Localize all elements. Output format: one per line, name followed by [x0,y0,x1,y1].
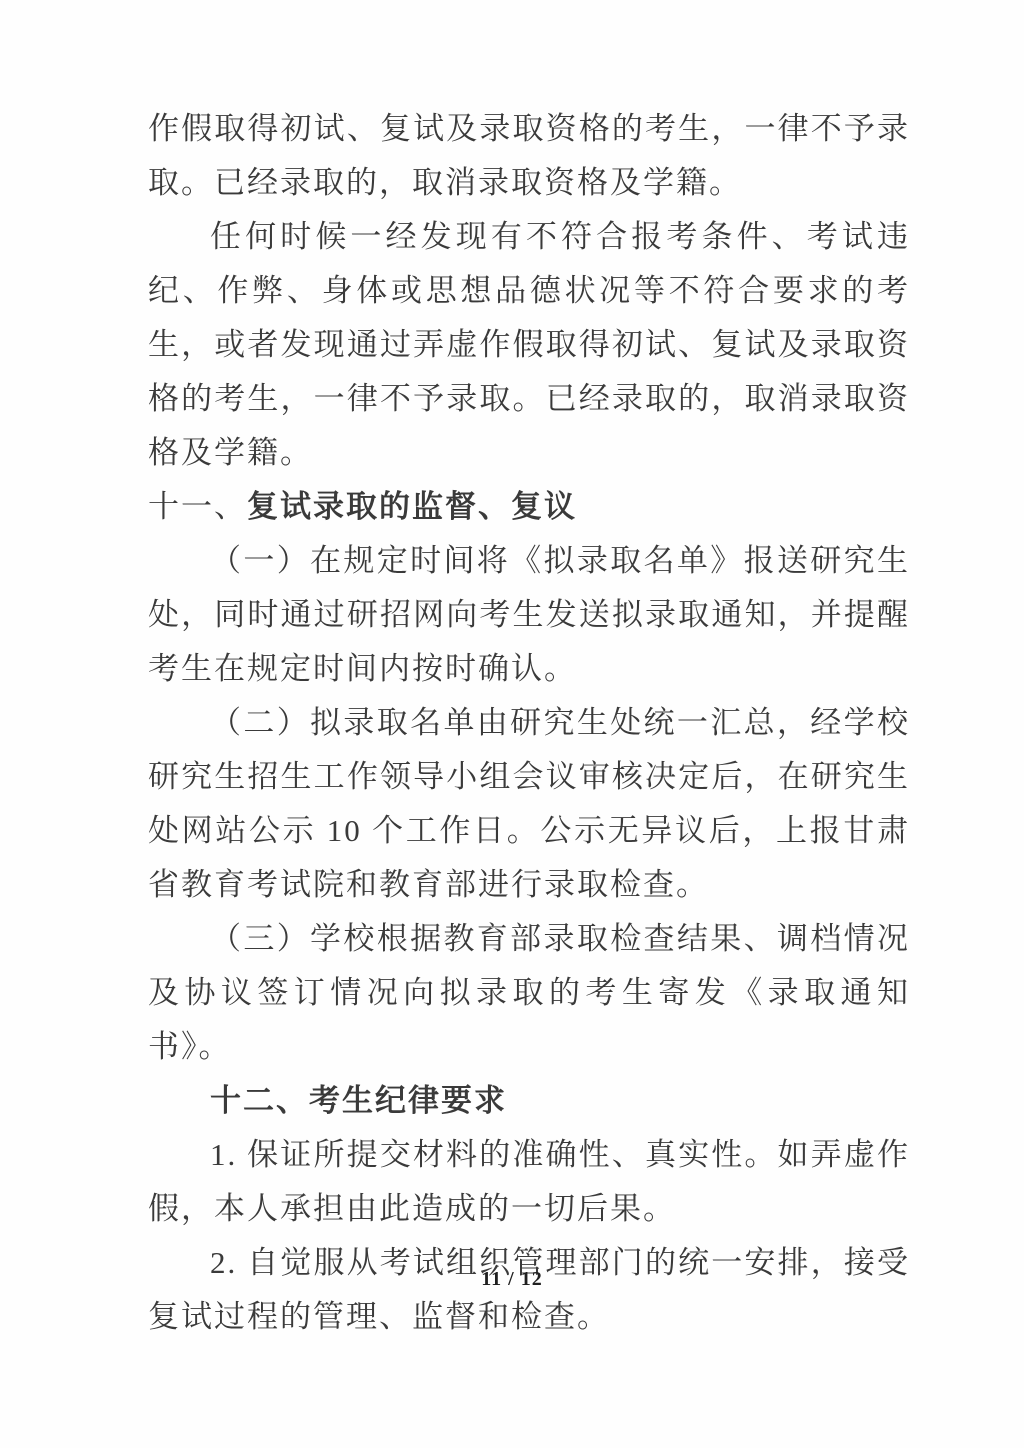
document-page: 作假取得初试、复试及录取资格的考生，一律不予录取。已经录取的，取消录取资格及学籍… [0,0,1024,1448]
page-number: 11 / 12 [0,1268,1024,1291]
section-11-number: 十一、 [148,489,247,524]
paragraph-rule-one: 1. 保证所提交材料的准确性、真实性。如弄虚作假，本人承担由此造成的一切后果。 [148,1128,910,1236]
paragraph-anytime-discovered: 任何时候一经发现有不符合报考条件、考试违纪、作弊、身体或思想品德状况等不符合要求… [148,210,910,480]
section-heading-12: 十二、考生纪律要求 [148,1074,910,1128]
paragraph-continuation: 作假取得初试、复试及录取资格的考生，一律不予录取。已经录取的，取消录取资格及学籍… [148,102,910,210]
section-heading-11: 十一、复试录取的监督、复议 [148,480,910,534]
paragraph-item-one: （一）在规定时间将《拟录取名单》报送研究生处，同时通过研招网向考生发送拟录取通知… [148,534,910,696]
paragraph-item-two: （二）拟录取名单由研究生处统一汇总，经学校研究生招生工作领导小组会议审核决定后，… [148,696,910,912]
section-11-title: 复试录取的监督、复议 [247,489,577,524]
document-body: 作假取得初试、复试及录取资格的考生，一律不予录取。已经录取的，取消录取资格及学籍… [148,102,910,1344]
paragraph-item-three: （三）学校根据教育部录取检查结果、调档情况及协议签订情况向拟录取的考生寄发《录取… [148,912,910,1074]
